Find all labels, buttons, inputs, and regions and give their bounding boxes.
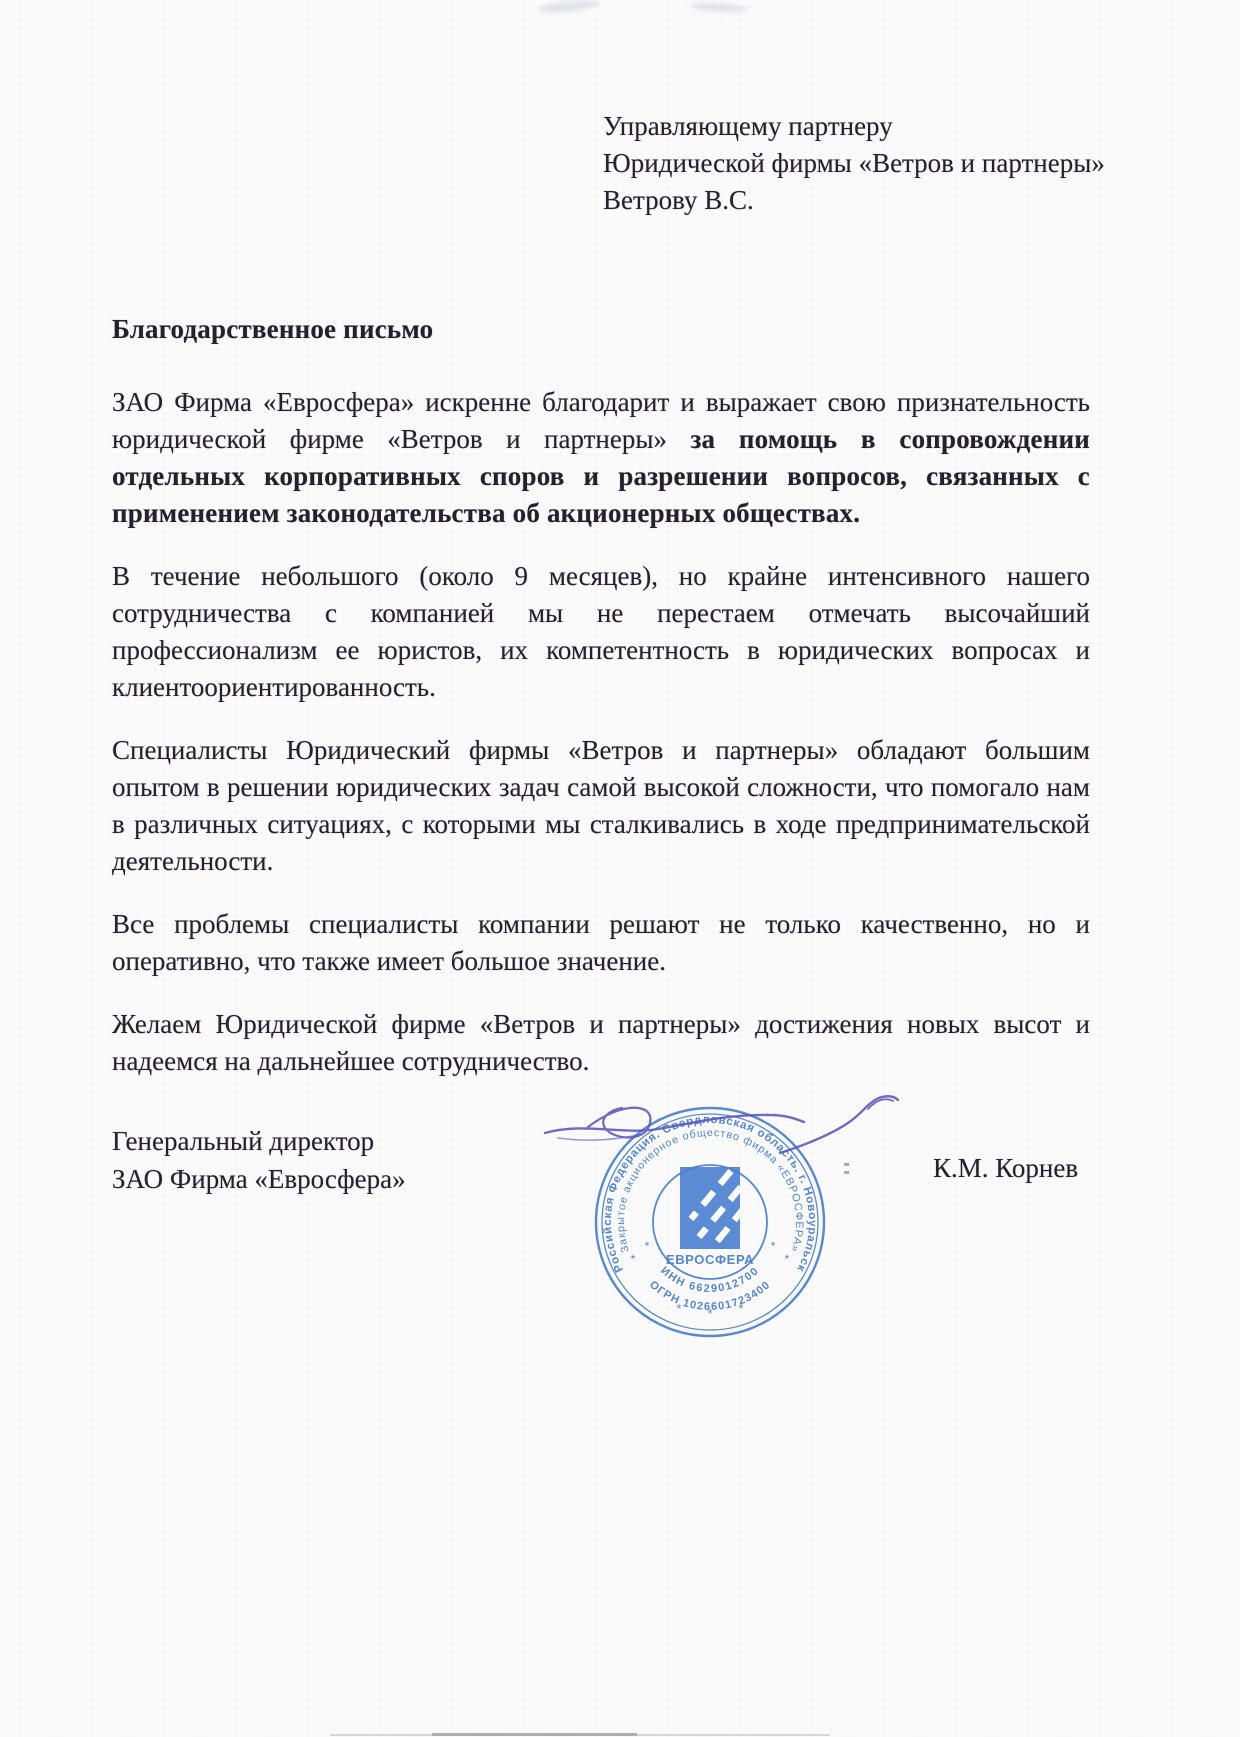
letter-body: ЗАО Фирма «Евросфера» искренне благодари… — [112, 384, 1090, 1106]
paragraph-gratitude: ЗАО Фирма «Евросфера» искренне благодари… — [112, 384, 1090, 532]
signer-position-block: Генеральный директор ЗАО Фирма «Евросфер… — [112, 1122, 406, 1198]
stamp-star-separator: * — [631, 1252, 636, 1266]
paragraph-wishes: Желаем Юридической фирме «Ветров и партн… — [112, 1006, 1090, 1080]
letter-title: Благодарственное письмо — [112, 314, 433, 345]
scan-colon-mark — [844, 1163, 849, 1177]
stamp-star-separator: * — [707, 1306, 712, 1321]
stamp-star-separator: * — [645, 1239, 650, 1253]
stamp-star-separator: * — [785, 1252, 790, 1266]
recipient-line: Управляющему партнеру — [603, 108, 1105, 145]
signer-position-line: Генеральный директор — [112, 1122, 406, 1160]
recipient-line: Ветрову В.С. — [603, 182, 1105, 219]
paragraph-cooperation: В течение небольшого (около 9 месяцев), … — [112, 558, 1090, 706]
signer-position-line: ЗАО Фирма «Евросфера» — [112, 1160, 406, 1198]
recipient-block: Управляющему партнеру Юридической фирмы … — [603, 108, 1105, 219]
letter-page: Управляющему партнеру Юридической фирмы … — [0, 0, 1240, 1737]
stamp-center-name: ЕВРОСФЕРА — [666, 1252, 754, 1267]
scan-smudge — [690, 1, 748, 14]
scan-smudge — [538, 0, 601, 15]
signature-stroke — [868, 1099, 893, 1109]
paragraph-quality: Все проблемы специалисты компании решают… — [112, 906, 1090, 980]
recipient-line: Юридической фирмы «Ветров и партнеры» — [603, 145, 1105, 182]
signature-stroke — [588, 1108, 650, 1138]
paragraph-specialists: Специалисты Юридический фирмы «Ветров и … — [112, 732, 1090, 880]
stamp-star-separator: * — [676, 1301, 681, 1316]
stamp-star-separator: * — [738, 1301, 743, 1316]
signature-stroke — [780, 1096, 898, 1153]
handwritten-signature — [528, 1072, 998, 1192]
signature-stroke — [558, 1135, 638, 1140]
stamp-star-separator: * — [771, 1239, 776, 1253]
scan-edge-line-dark — [432, 1733, 637, 1736]
signature-stroke — [545, 1115, 804, 1133]
